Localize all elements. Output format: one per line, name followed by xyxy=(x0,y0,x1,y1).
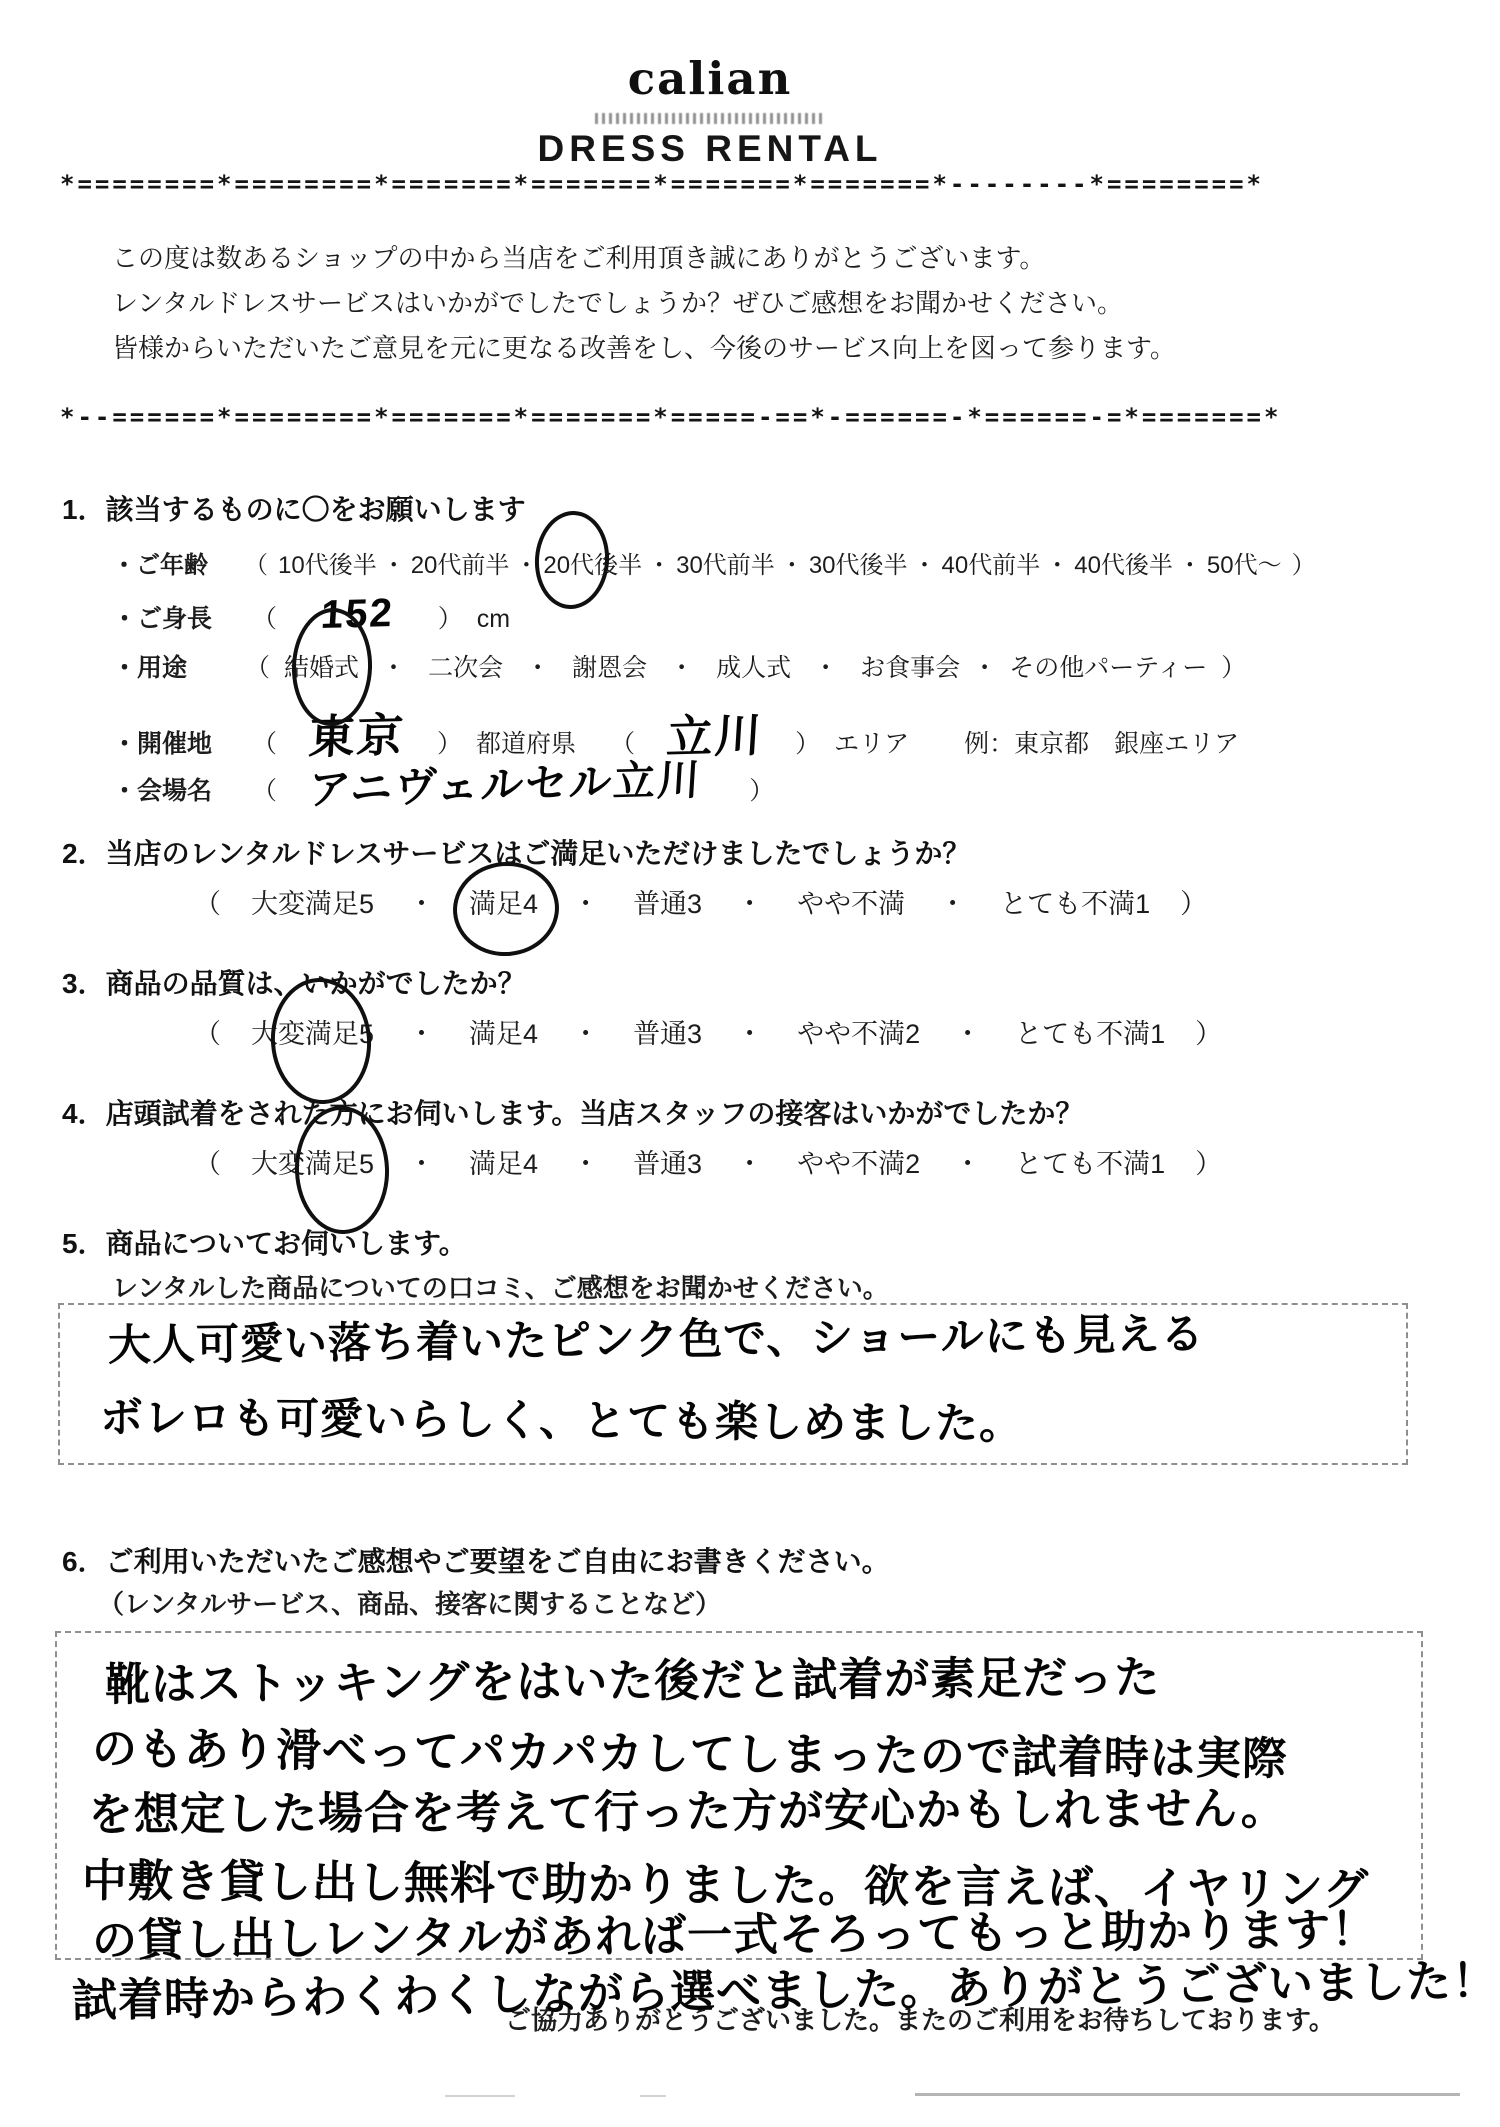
q6-title: 6．ご利用いただいたご感想やご要望をご自由にお書きください。 xyxy=(62,1540,890,1580)
scan-artifact-line xyxy=(915,2093,1460,2096)
brand-logo: calian xyxy=(0,52,1420,105)
q4-options-row: （大変満足5・満足4・普通3・やや不満2・とても不満1） xyxy=(180,1142,1236,1181)
q3-options-row: （大変満足5・満足4・普通3・やや不満2・とても不満1） xyxy=(180,1012,1236,1051)
q4-title: 4．店頭試着をされた方にお伺いします。当店スタッフの接客はいかがでしたか？ xyxy=(62,1092,1083,1132)
option-separator-dot: ・ xyxy=(972,654,997,682)
intro-line: レンタルドレスサービスはいかがでしたでしょうか？ぜひご感想をお聞かせください。 xyxy=(112,281,1176,326)
paren-open: （ xyxy=(252,777,277,805)
q4-option: やや不満2 xyxy=(797,1149,920,1179)
option-separator-dot: ・ xyxy=(647,552,671,579)
option-separator-dot: ・ xyxy=(954,1149,981,1179)
brand-subtitle: DRESS RENTAL xyxy=(0,128,1420,170)
intro-paragraph: この度は数あるショップの中から当店をご利用頂き誠にありがとうございます。 レンタ… xyxy=(112,236,1176,371)
q1-purpose-option: 二次会 xyxy=(428,654,503,682)
paren-open: （ xyxy=(244,552,268,579)
selection-circle-mark xyxy=(449,858,563,961)
q1-age-label: ・ご年齢 xyxy=(112,545,208,580)
option-separator-dot: ・ xyxy=(408,889,435,919)
q6-answer-line: を想定した場合を考えて行った方が安心かもしれません。 xyxy=(88,1772,1287,1843)
option-separator-dot: ・ xyxy=(669,654,694,682)
option-separator-dot: ・ xyxy=(939,889,966,919)
option-separator-dot: ・ xyxy=(525,654,550,682)
scan-artifact-line xyxy=(640,2095,666,2097)
option-separator-dot: ・ xyxy=(813,654,838,682)
paren-close: ） xyxy=(795,730,820,758)
q1-purpose-option: お食事会 xyxy=(860,654,960,682)
separator-top: *========*========*=======*=======*=====… xyxy=(60,170,1264,198)
option-separator-dot: ・ xyxy=(780,552,804,579)
q4-option: 普通3 xyxy=(633,1149,702,1179)
survey-page: calian DRESS RENTAL *========*========*=… xyxy=(0,0,1500,2127)
option-separator-dot: ・ xyxy=(1045,552,1069,579)
option-separator-dot: ・ xyxy=(572,1019,599,1049)
separator-bottom: *--======*========*=======*=======*=====… xyxy=(60,403,1281,431)
q5-subtitle: レンタルした商品についての口コミ、ご感想をお聞かせください。 xyxy=(112,1268,889,1305)
q2-option: 大変満足5 xyxy=(251,889,374,919)
option-separator-dot: ・ xyxy=(382,552,406,579)
q3-option: 普通3 xyxy=(633,1019,702,1049)
paren-close: ） xyxy=(1195,1019,1222,1049)
paren-open: （ xyxy=(245,654,270,682)
paren-close: ） xyxy=(438,605,463,633)
option-separator-dot: ・ xyxy=(954,1019,981,1049)
q3-option: 満足4 xyxy=(469,1019,538,1049)
paren-open: （ xyxy=(252,605,277,633)
q1-age-row: ・ご年齢（10代後半・20代前半・20代後半・30代前半・30代後半・40代前半… xyxy=(112,545,1326,580)
q1-purpose-label: ・用途 xyxy=(112,648,187,684)
option-separator-dot: ・ xyxy=(408,1019,435,1049)
q1-purpose-row: ・用途（結婚式・二次会・謝恩会・成人式・お食事会・その他パーティー） xyxy=(112,648,1260,684)
intro-line: この度は数あるショップの中から当店をご利用頂き誠にありがとうございます。 xyxy=(112,236,1176,281)
q4-option: 満足4 xyxy=(469,1149,538,1179)
paren-close: ） xyxy=(1195,1149,1222,1179)
option-separator-dot: ・ xyxy=(408,1149,435,1179)
paren-open: （ xyxy=(194,889,221,919)
logo-tagline-illegible xyxy=(595,113,825,124)
q5-title: 5．商品についてお伺いします。 xyxy=(62,1222,467,1262)
option-separator-dot: ・ xyxy=(913,552,937,579)
q5-answer-line: ボレロも可愛いらしく、とても楽しめました。 xyxy=(100,1384,1024,1451)
option-separator-dot: ・ xyxy=(1178,552,1202,579)
paren-close: ） xyxy=(1221,654,1246,682)
q2-option: 普通3 xyxy=(633,889,702,919)
q1-venue-area-suffix: エリア xyxy=(834,730,909,758)
q3-option: とても不満1 xyxy=(1015,1019,1165,1049)
q2-options-row: （大変満足5・満足4・普通3・やや不満・とても不満1） xyxy=(180,882,1221,921)
paren-open: （ xyxy=(194,1149,221,1179)
q1-age-option: 50代～ xyxy=(1207,552,1282,579)
q1-age-option: 40代後半 xyxy=(1074,552,1173,579)
q3-option: やや不満2 xyxy=(797,1019,920,1049)
q1-purpose-option: 成人式 xyxy=(716,654,791,682)
q1-purpose-option: 謝恩会 xyxy=(572,654,647,682)
intro-line: 皆様からいただいたご意見を元に更なる改善をし、今後のサービス向上を図って参ります… xyxy=(112,326,1176,371)
paren-close: ） xyxy=(1292,552,1316,579)
option-separator-dot: ・ xyxy=(736,889,763,919)
q1-hall-value-handwritten: アニヴェルセル立川 xyxy=(307,747,704,817)
option-separator-dot: ・ xyxy=(381,654,406,682)
q1-purpose-option: その他パーティー xyxy=(1009,654,1207,682)
q5-answer-line: 大人可愛い落ち着いたピンク色で、ショールにも見える xyxy=(108,1301,1205,1373)
q1-height-label: ・ご身長 xyxy=(112,599,212,635)
q1-height-unit: cm xyxy=(477,605,510,633)
scan-artifact-line xyxy=(445,2095,515,2097)
q2-option: やや不満 xyxy=(797,889,905,919)
q1-title: 1．該当するものに〇をお願いします xyxy=(62,488,526,528)
q1-age-option: 10代後半 xyxy=(278,552,377,579)
q1-hall-row: ・会場名（アニヴェルセル立川） xyxy=(112,752,788,812)
paren-close: ） xyxy=(1180,889,1207,919)
q1-hall-label: ・会場名 xyxy=(112,771,212,807)
q1-age-option: 20代前半 xyxy=(411,552,510,579)
paren-open: （ xyxy=(194,1019,221,1049)
option-separator-dot: ・ xyxy=(572,889,599,919)
q1-age-option: 30代前半 xyxy=(676,552,775,579)
q2-option: とても不満1 xyxy=(1000,889,1150,919)
q6-answer-line: 靴はストッキングをはいた後だと試着が素足だった xyxy=(105,1641,1161,1713)
option-separator-dot: ・ xyxy=(736,1149,763,1179)
q1-venue-example: 例：東京都 銀座エリア xyxy=(964,730,1239,758)
selection-circle-mark xyxy=(532,509,613,612)
q6-subtitle: （レンタルサービス、商品、接客に関することなど） xyxy=(98,1584,721,1621)
paren-close: ） xyxy=(749,777,774,805)
option-separator-dot: ・ xyxy=(572,1149,599,1179)
q4-option: とても不満1 xyxy=(1015,1149,1165,1179)
option-separator-dot: ・ xyxy=(736,1019,763,1049)
q1-age-option: 40代前半 xyxy=(942,552,1041,579)
q1-age-option: 30代後半 xyxy=(809,552,908,579)
